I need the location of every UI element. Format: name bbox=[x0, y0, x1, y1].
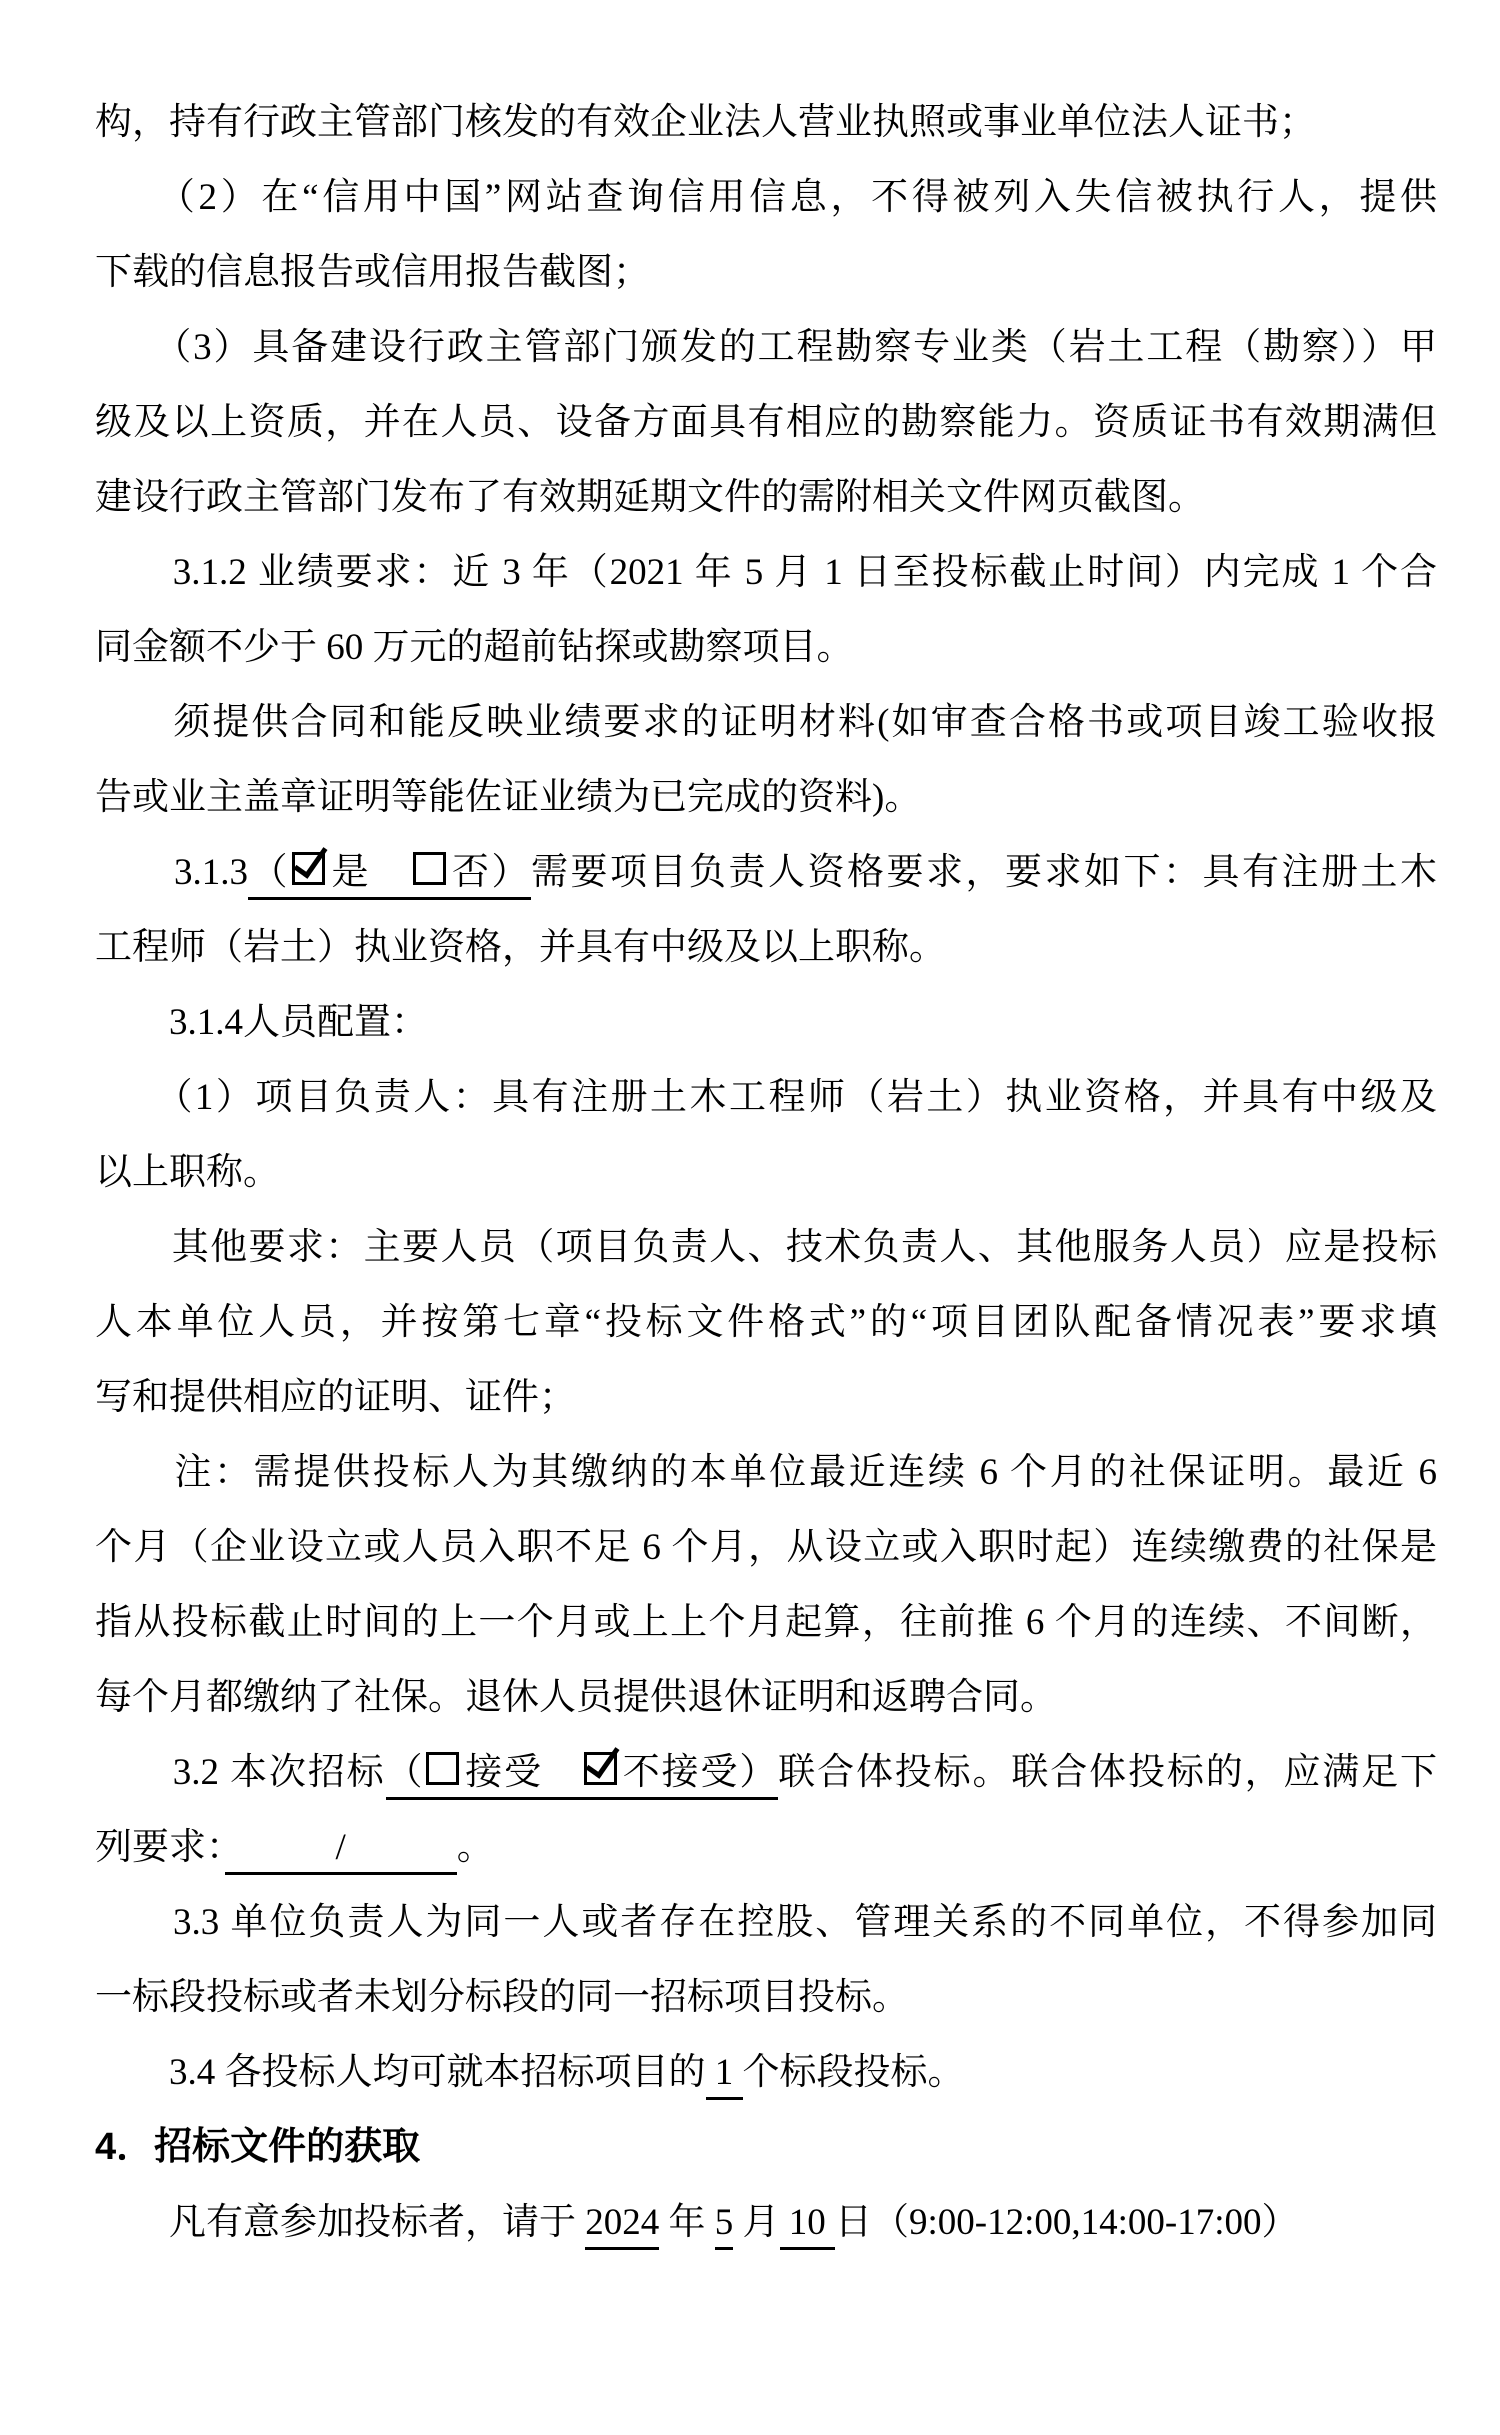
text-segment: 3.1.2 业绩要求：近 3 年（2021 年 5 月 1 日至投标截止时间）内… bbox=[95, 552, 1437, 593]
clause-3-1-3-continuation: 工程师（岩土）执业资格，并具有中级及以上职称。 bbox=[95, 910, 1437, 985]
para-contract-proof: 须提供合同和能反映业绩要求的证明材料(如审查合格书或项目竣工验收报 bbox=[95, 685, 1437, 760]
text-segment: 2024 bbox=[585, 2202, 659, 2243]
item-1-continuation: 以上职称。 bbox=[95, 1135, 1437, 1210]
para-note-2: 个月（企业设立或人员入职不足 6 个月，从设立或入职时起）连续缴费的社保是 bbox=[95, 1510, 1437, 1585]
para-other-requirements: 其他要求：主要人员（项目负责人、技术负责人、其他服务人员）应是投标 bbox=[95, 1210, 1437, 1285]
para-contract-proof-continuation: 告或业主盖章证明等能佐证业绩为已完成的资料)。 bbox=[95, 760, 1437, 835]
text-segment: 以上职称。 bbox=[95, 1152, 280, 1193]
text-segment: 3.3 单位负责人为同一人或者存在控股、管理关系的不同单位，不得参加同 bbox=[95, 1902, 1437, 1943]
text-segment: （2）在“信用中国”网站查询信用信息，不得被列入失信被执行人，提供 bbox=[95, 177, 1437, 218]
clause-3-1-2-continuation: 同金额不少于 60 万元的超前钻探或勘察项目。 bbox=[95, 610, 1437, 685]
clause-3-1-3-pm-requirement: 3.1.3（是 否）需要项目负责人资格要求，要求如下：具有注册土木 bbox=[95, 835, 1437, 910]
text-segment: 个标段投标。 bbox=[743, 2052, 965, 2093]
text-segment: 列要求： bbox=[95, 1827, 225, 1868]
item-2-credit-china: （2）在“信用中国”网站查询信用信息，不得被列入失信被执行人，提供 bbox=[95, 160, 1437, 235]
text-segment: 个月（企业设立或人员入职不足 6 个月，从设立或入职时起）连续缴费的社保是 bbox=[95, 1527, 1437, 1568]
text-segment: 3.2 本次招标 bbox=[95, 1752, 386, 1793]
text-segment: 联合体投标。联合体投标的，应满足下 bbox=[778, 1752, 1437, 1793]
text-segment: （3）具备建设行政主管部门颁发的工程勘察专业类（岩土工程（勘察））甲 bbox=[95, 327, 1437, 368]
checkbox-checked-icon bbox=[584, 1752, 617, 1785]
text-segment: 写和提供相应的证明、证件； bbox=[95, 1377, 576, 1418]
item-1-project-manager: （1）项目负责人：具有注册土木工程师（岩土）执业资格，并具有中级及 bbox=[95, 1060, 1437, 1135]
document-page: 构，持有行政主管部门核发的有效企业法人营业执照或事业单位法人证书； （2）在“信… bbox=[0, 0, 1500, 2435]
text-segment: （ bbox=[386, 1752, 425, 1793]
text-segment: 3.4 各投标人均可就本招标项目的 bbox=[95, 2052, 706, 2093]
text-segment: 年 bbox=[659, 2202, 715, 2243]
text-segment: 下载的信息报告或信用报告截图； bbox=[95, 252, 650, 293]
item-2-continuation: 下载的信息报告或信用报告截图； bbox=[95, 235, 1437, 310]
text-segment: 建设行政主管部门发布了有效期延期文件的需附相关文件网页截图。 bbox=[95, 477, 1205, 518]
text-segment: 构，持有行政主管部门核发的有效企业法人营业执照或事业单位法人证书； bbox=[95, 102, 1316, 143]
text-segment: 5 bbox=[715, 2202, 734, 2243]
checkbox-unchecked-icon bbox=[413, 852, 446, 885]
text-segment: 。 bbox=[457, 1827, 494, 1868]
text-segment: 否） bbox=[450, 852, 532, 893]
item-3-continuation-2: 建设行政主管部门发布了有效期延期文件的需附相关文件网页截图。 bbox=[95, 460, 1437, 535]
text-segment: 凡有意参加投标者，请于 bbox=[95, 2202, 585, 2243]
text-segment: 工程师（岩土）执业资格，并具有中级及以上职称。 bbox=[95, 927, 946, 968]
clause-3-2-consortium: 3.2 本次招标（接受 不接受）联合体投标。联合体投标的，应满足下 bbox=[95, 1735, 1437, 1810]
text-segment: 告或业主盖章证明等能佐证业绩为已完成的资料)。 bbox=[95, 777, 921, 818]
para-note-4: 每个月都缴纳了社保。退休人员提供退休证明和返聘合同。 bbox=[95, 1660, 1437, 1735]
text-segment: 月 bbox=[733, 2202, 779, 2243]
text-segment: 一标段投标或者未划分标段的同一招标项目投标。 bbox=[95, 1977, 909, 2018]
underlined-segment: （是 否） bbox=[248, 852, 531, 900]
text-segment: 是 bbox=[329, 852, 411, 893]
text-segment: 级及以上资质，并在人员、设备方面具有相应的勘察能力。资质证书有效期满但 bbox=[95, 402, 1437, 443]
text-segment: 3.1.4人员配置： bbox=[95, 1002, 428, 1043]
text-segment: 4．招标文件的获取 bbox=[95, 2126, 420, 2168]
clause-3-1-4-staffing: 3.1.4人员配置： bbox=[95, 985, 1437, 1060]
text-segment: 指从投标截止时间的上一个月或上上个月起算，往前推 6 个月的连续、不间断， bbox=[95, 1602, 1437, 1643]
text-segment: 不接受） bbox=[621, 1752, 778, 1793]
text-segment: 10 bbox=[780, 2202, 836, 2243]
checkbox-checked-icon bbox=[292, 852, 325, 885]
clause-3-3-same-person: 3.3 单位负责人为同一人或者存在控股、管理关系的不同单位，不得参加同 bbox=[95, 1885, 1437, 1960]
text-segment: 同金额不少于 60 万元的超前钻探或勘察项目。 bbox=[95, 627, 854, 668]
para-other-requirements-3: 写和提供相应的证明、证件； bbox=[95, 1360, 1437, 1435]
checkbox-unchecked-icon bbox=[426, 1752, 459, 1785]
underlined-segment: 10 bbox=[780, 2202, 836, 2250]
underlined-segment: 5 bbox=[715, 2202, 734, 2250]
text-segment: 人本单位人员，并按第七章“投标文件格式”的“项目团队配备情况表”要求填 bbox=[95, 1302, 1437, 1343]
underlined-segment: / bbox=[225, 1827, 457, 1875]
para-other-requirements-2: 人本单位人员，并按第七章“投标文件格式”的“项目团队配备情况表”要求填 bbox=[95, 1285, 1437, 1360]
section-4-heading: 4．招标文件的获取 bbox=[95, 2110, 1437, 2185]
para-4-obtain-documents: 凡有意参加投标者，请于 2024 年 5 月 10 日（9:00-12:00,1… bbox=[95, 2185, 1437, 2260]
text-segment: 接受 bbox=[463, 1752, 581, 1793]
text-segment: 3.1.3 bbox=[95, 852, 248, 893]
clause-3-3-continuation: 一标段投标或者未划分标段的同一招标项目投标。 bbox=[95, 1960, 1437, 2035]
item-3-qualification: （3）具备建设行政主管部门颁发的工程勘察专业类（岩土工程（勘察））甲 bbox=[95, 310, 1437, 385]
text-segment: 需要项目负责人资格要求，要求如下：具有注册土木 bbox=[531, 852, 1437, 893]
text-segment: 注：需提供投标人为其缴纳的本单位最近连续 6 个月的社保证明。最近 6 bbox=[95, 1452, 1437, 1493]
para-license-continuation: 构，持有行政主管部门核发的有效企业法人营业执照或事业单位法人证书； bbox=[95, 85, 1437, 160]
para-note-3: 指从投标截止时间的上一个月或上上个月起算，往前推 6 个月的连续、不间断， bbox=[95, 1585, 1437, 1660]
underlined-segment: 1 bbox=[706, 2052, 743, 2100]
text-segment: 须提供合同和能反映业绩要求的证明材料(如审查合格书或项目竣工验收报 bbox=[95, 702, 1437, 743]
clause-3-1-2-performance: 3.1.2 业绩要求：近 3 年（2021 年 5 月 1 日至投标截止时间）内… bbox=[95, 535, 1437, 610]
underlined-segment: （接受 不接受） bbox=[386, 1752, 779, 1800]
para-note-social-security: 注：需提供投标人为其缴纳的本单位最近连续 6 个月的社保证明。最近 6 bbox=[95, 1435, 1437, 1510]
underlined-segment: 2024 bbox=[585, 2202, 659, 2250]
text-segment: 日（9:00-12:00,14:00-17:00） bbox=[835, 2202, 1299, 2243]
text-segment: （ bbox=[248, 852, 290, 893]
clause-3-2-continuation: 列要求： / 。 bbox=[95, 1810, 1437, 1885]
text-segment: / bbox=[225, 1827, 457, 1868]
text-segment: 其他要求：主要人员（项目负责人、技术负责人、其他服务人员）应是投标 bbox=[95, 1227, 1437, 1268]
text-segment: 每个月都缴纳了社保。退休人员提供退休证明和返聘合同。 bbox=[95, 1677, 1057, 1718]
item-3-continuation: 级及以上资质，并在人员、设备方面具有相应的勘察能力。资质证书有效期满但 bbox=[95, 385, 1437, 460]
text-segment: （1）项目负责人：具有注册土木工程师（岩土）执业资格，并具有中级及 bbox=[95, 1077, 1437, 1118]
text-segment: 1 bbox=[706, 2052, 743, 2093]
clause-3-4-sections: 3.4 各投标人均可就本招标项目的 1 个标段投标。 bbox=[95, 2035, 1437, 2110]
